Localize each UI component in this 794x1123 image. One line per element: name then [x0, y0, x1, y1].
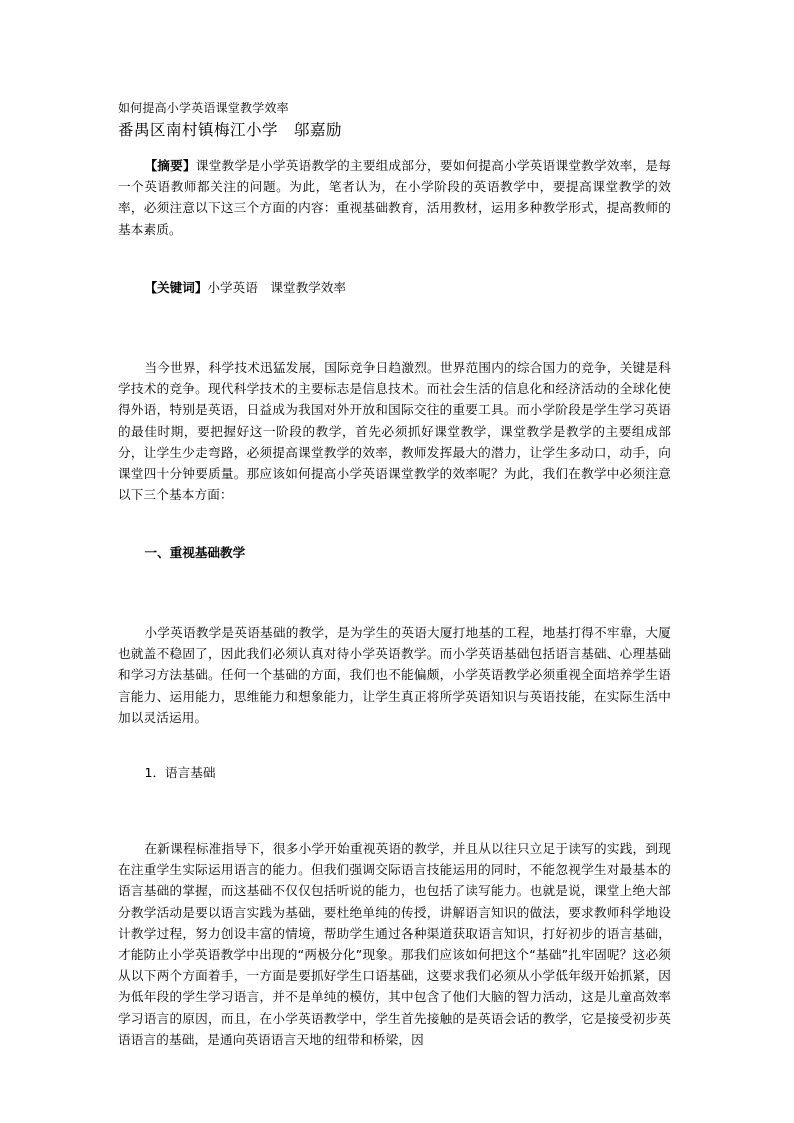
- intro-paragraph: 当今世界，科学技术迅猛发展，国际竞争日趋激烈。世界范围内的综合国力的竞争，关键是…: [118, 357, 671, 505]
- subsection-paragraph: 在新课程标准指导下，很多小学开始重视英语的教学，并且从以往只立足于读写的实践，到…: [118, 838, 671, 1050]
- keywords-text: 小学英语 课堂教学效率: [207, 280, 346, 295]
- subsection-heading: 1．语言基础: [118, 763, 671, 783]
- section-paragraph: 小学英语教学是英语基础的教学，是为学生的英语大厦打地基的工程，地基打得不牢靠，大…: [118, 622, 671, 728]
- abstract-paragraph: 【摘要】课堂教学是小学英语教学的主要组成部分，要如何提高小学英语课堂教学效率，是…: [118, 155, 671, 240]
- abstract-text: 课堂教学是小学英语教学的主要组成部分，要如何提高小学英语课堂教学效率，是每一个英…: [118, 158, 671, 237]
- document-title: 如何提高小学英语课堂教学效率: [118, 100, 671, 116]
- author-line: 番禺区南村镇梅江小学 邬嘉励: [118, 120, 671, 140]
- abstract-label: 【摘要】: [144, 158, 195, 173]
- keywords-label: 【关键词】: [144, 280, 207, 295]
- section-heading: 一、重视基础教学: [118, 543, 671, 563]
- keywords-line: 【关键词】小学英语 课堂教学效率: [118, 278, 671, 298]
